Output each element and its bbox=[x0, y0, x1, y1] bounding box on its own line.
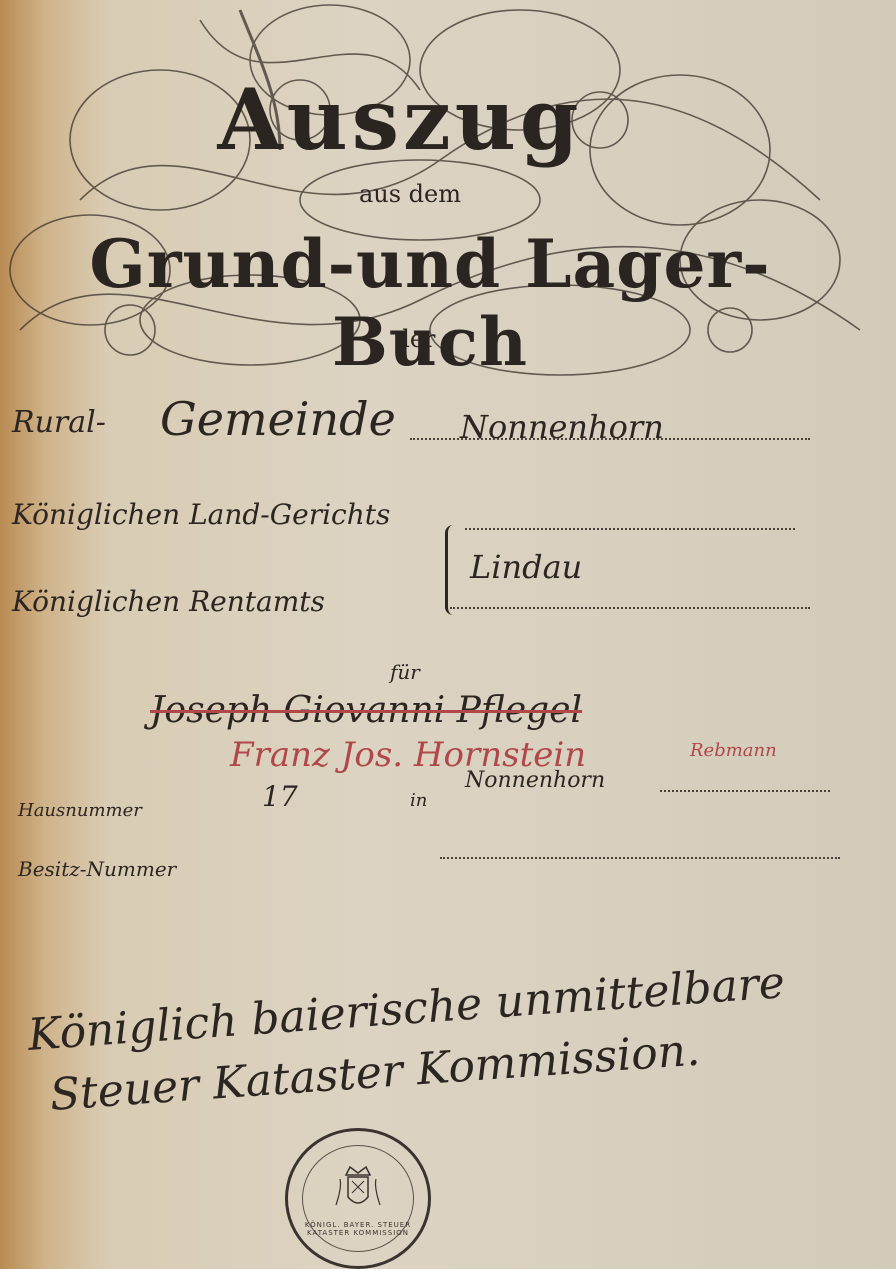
municipality-prefix: Rural- bbox=[12, 405, 106, 440]
brace-icon bbox=[445, 525, 462, 615]
office-value[interactable]: Lindau bbox=[470, 548, 582, 586]
for-label: für bbox=[390, 660, 420, 684]
court-label: Königlichen Land-Gerichts bbox=[12, 498, 390, 531]
seal-text: KÖNIGL. BAYER. STEUER KATASTER KOMMISSIO… bbox=[303, 1221, 413, 1237]
register-title: Grund-und Lager-Buch bbox=[40, 225, 820, 381]
office-label: Königlichen Rentamts bbox=[12, 585, 325, 618]
owner-occupation: Rebmann bbox=[690, 740, 777, 761]
document-subtitle: aus dem bbox=[340, 180, 480, 208]
official-seal: KÖNIGL. BAYER. STEUER KATASTER KOMMISSIO… bbox=[285, 1128, 431, 1269]
house-number-label: Hausnummer bbox=[18, 800, 142, 821]
house-number-value[interactable]: 17 bbox=[262, 780, 298, 813]
article-der: der bbox=[380, 325, 450, 353]
court-dotted-line bbox=[465, 528, 795, 530]
house-dotted-line bbox=[660, 790, 830, 792]
possession-dotted-line bbox=[440, 857, 840, 859]
in-label: in bbox=[410, 790, 427, 811]
municipality-value[interactable]: Nonnenhorn bbox=[460, 408, 664, 446]
seal-inner-ring: KÖNIGL. BAYER. STEUER KATASTER KOMMISSIO… bbox=[302, 1145, 414, 1252]
owner-crossed-out: Joseph Giovanni Pflegel bbox=[150, 690, 582, 731]
municipality-label: Gemeinde bbox=[160, 392, 396, 446]
bavarian-crest-icon bbox=[328, 1161, 388, 1221]
document-title: Auszug bbox=[200, 70, 600, 169]
municipality-dotted-line bbox=[410, 438, 810, 440]
office-dotted-line bbox=[450, 607, 810, 609]
house-place-value[interactable]: Nonnenhorn bbox=[465, 768, 605, 793]
possession-number-label: Besitz-Nummer bbox=[18, 857, 176, 881]
